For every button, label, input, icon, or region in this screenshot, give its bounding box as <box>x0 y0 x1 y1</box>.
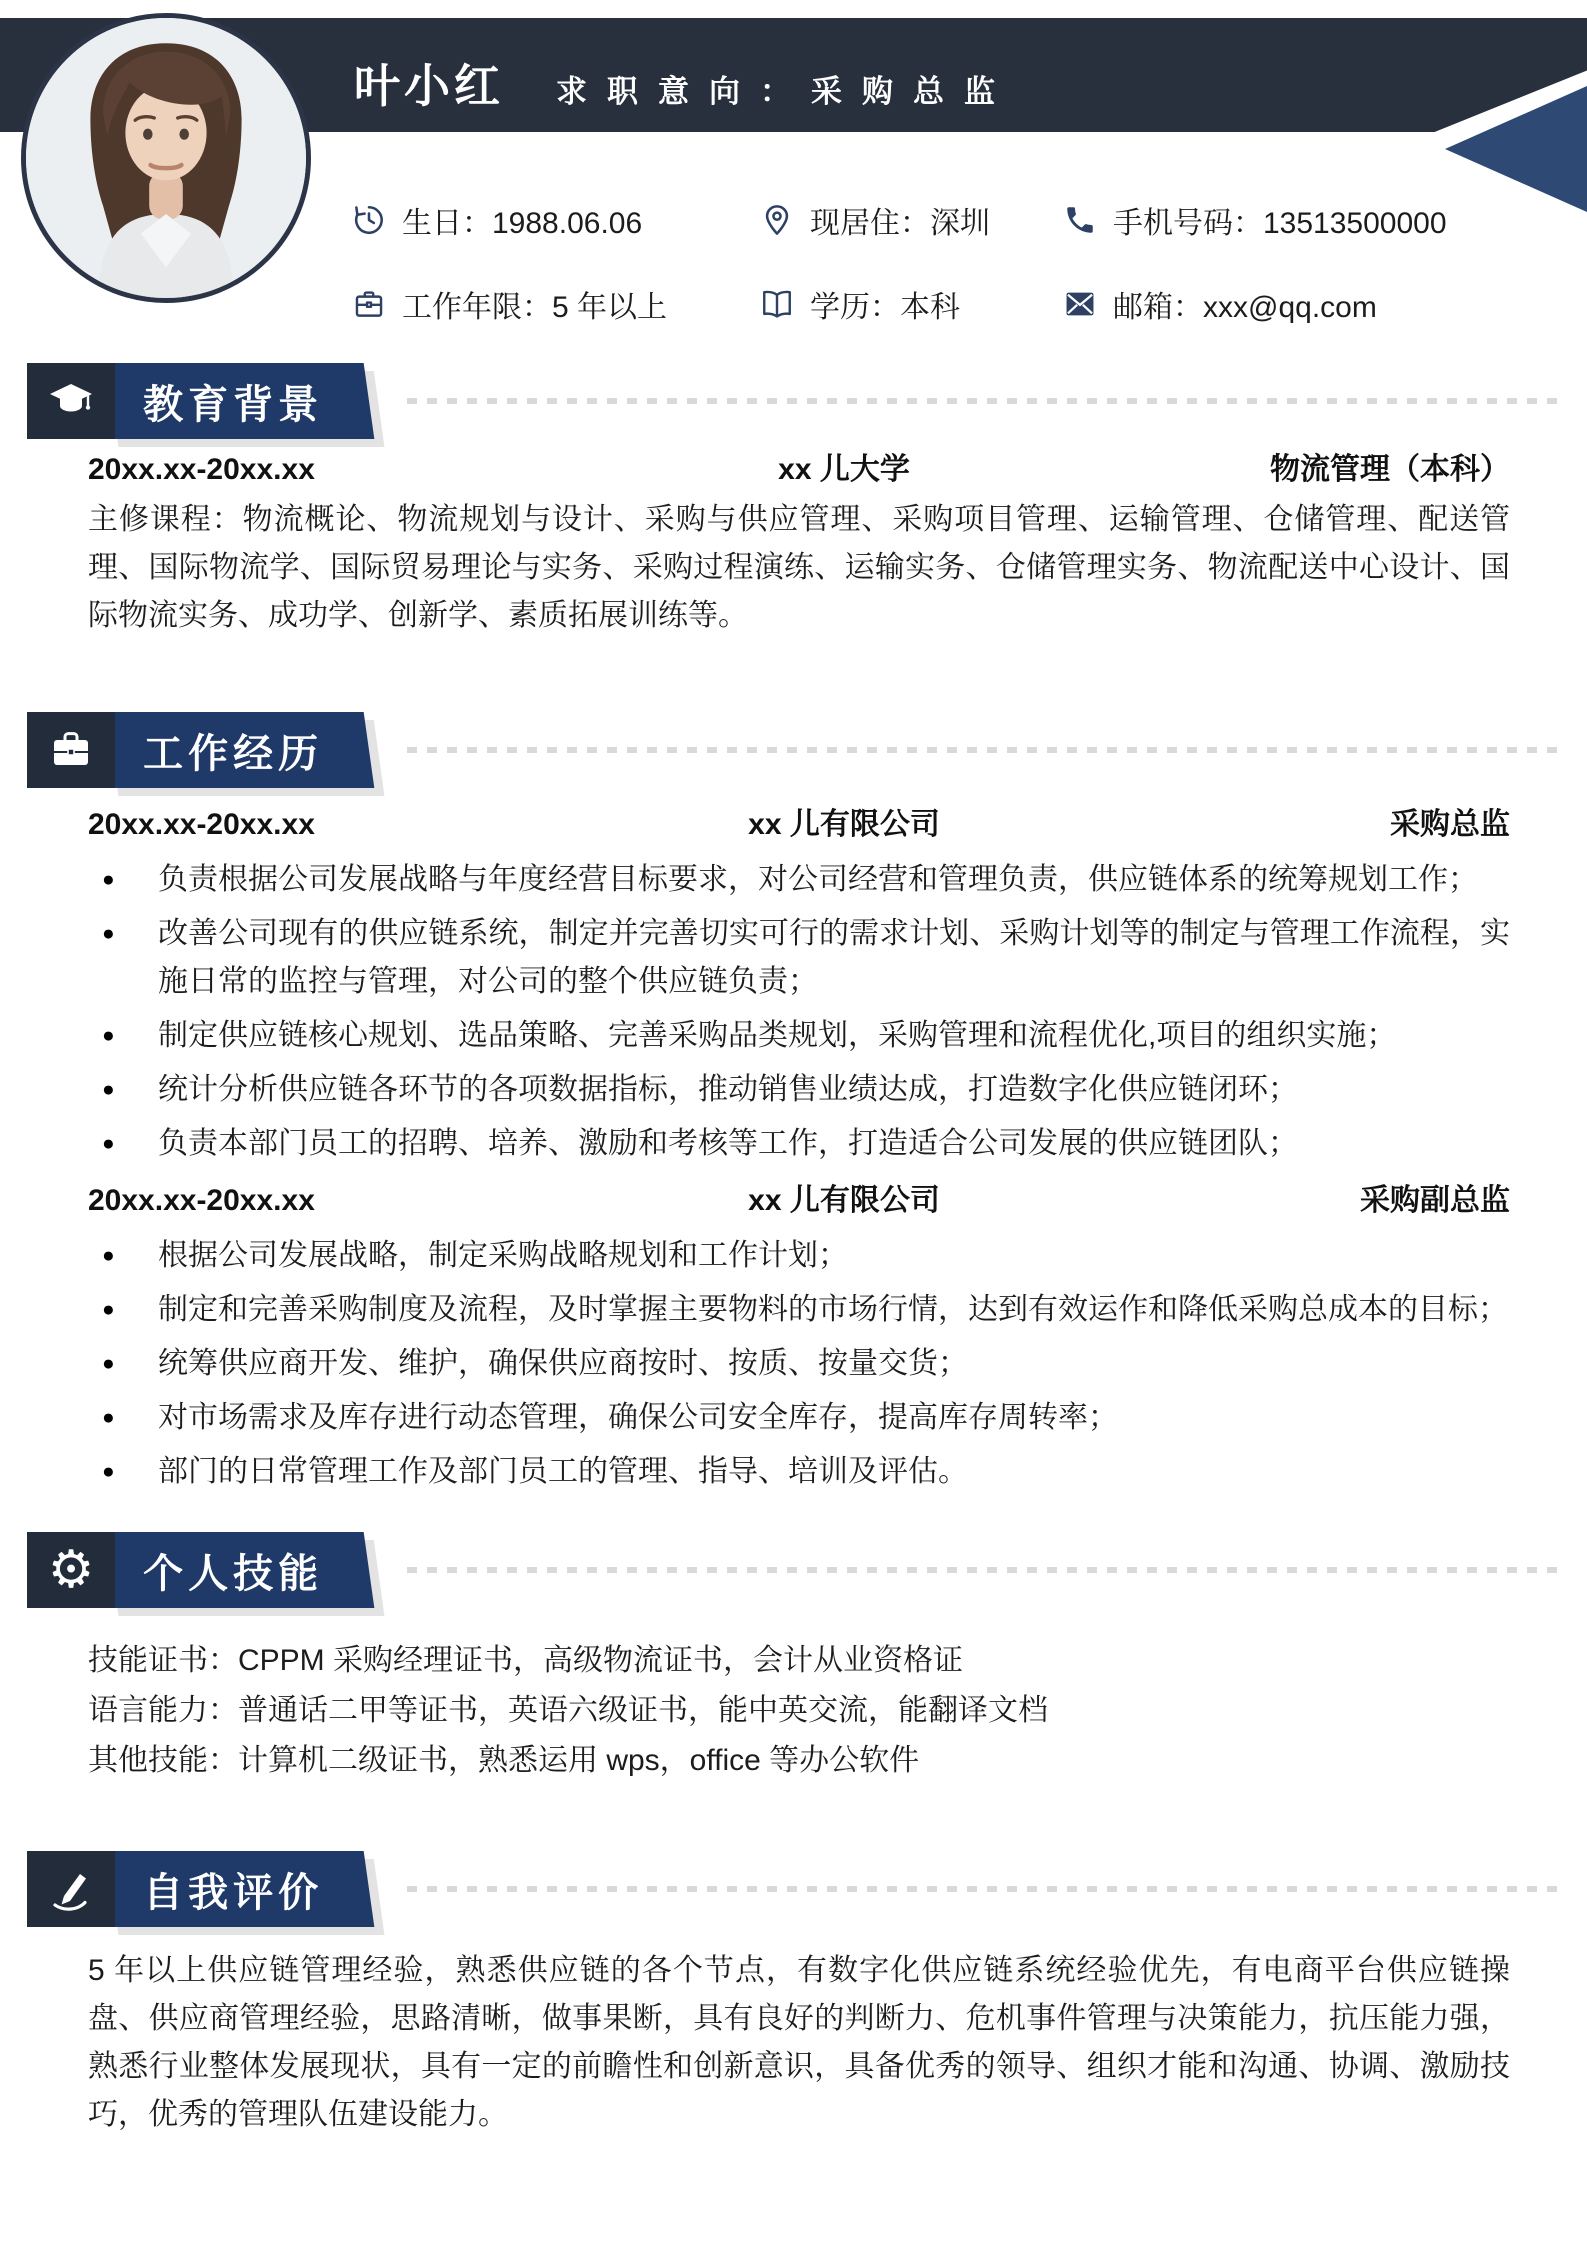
work-header: 工作经历 <box>27 712 1560 788</box>
contact-info-grid: 生日：1988.06.06 现居住：深圳 手机号码：13513500000 <box>352 178 1447 346</box>
job-bullet-list: 负责根据公司发展战略与年度经营目标要求，对公司经营和管理负责，供应链体系的统筹规… <box>88 856 1510 1168</box>
bullet-item: 根据公司发展战略，制定采购战略规划和工作计划； <box>88 1232 1510 1280</box>
section-education: 教育背景 20xx.xx-20xx.xx xx 儿大学 物流管理（本科） 主修课… <box>0 363 1587 640</box>
name-row: 叶小红 求职意向：采购总监 <box>354 50 1015 116</box>
info-text: 现居住：深圳 <box>810 198 990 242</box>
work-title-banner: 工作经历 <box>98 712 375 788</box>
avatar <box>21 13 311 303</box>
bullet-item: 负责根据公司发展战略与年度经营目标要求，对公司经营和管理负责，供应链体系的统筹规… <box>88 856 1510 904</box>
info-text: 学历：本科 <box>810 282 960 326</box>
job-company: xx 儿有限公司 <box>518 1180 1170 1222</box>
education-courses: 主修课程：物流概论、物流规划与设计、采购与供应管理、采购项目管理、运输管理、仓储… <box>88 496 1510 640</box>
dashed-divider <box>407 398 1560 404</box>
skills-header: ⚙ 个人技能 <box>27 1532 1560 1608</box>
info-location: 现居住：深圳 <box>760 198 1063 242</box>
education-meta-row: 20xx.xx-20xx.xx xx 儿大学 物流管理（本科） <box>88 449 1510 491</box>
job-intent: 求职意向：采购总监 <box>556 66 1015 111</box>
bullet-item: 改善公司现有的供应链系统，制定并完善切实可行的需求计划、采购计划等的制定与管理工… <box>88 910 1510 1006</box>
candidate-name: 叶小红 <box>354 50 504 116</box>
briefcase-icon <box>352 287 386 321</box>
job-role: 采购总监 <box>1170 804 1510 846</box>
info-education: 学历：本科 <box>760 282 1063 326</box>
info-birthday: 生日：1988.06.06 <box>352 198 760 242</box>
education-major: 物流管理（本科） <box>1170 449 1510 491</box>
job-meta-row: 20xx.xx-20xx.xx xx 儿有限公司 采购总监 <box>88 804 1510 846</box>
briefcase-section-icon <box>27 712 115 788</box>
job-date: 20xx.xx-20xx.xx <box>88 1180 518 1222</box>
job-company: xx 儿有限公司 <box>518 804 1170 846</box>
dashed-divider <box>407 747 1560 753</box>
graduation-cap-icon <box>27 363 115 439</box>
info-text: 生日：1988.06.06 <box>402 198 642 242</box>
education-school: xx 儿大学 <box>518 449 1170 491</box>
section-title: 个人技能 <box>143 1542 323 1599</box>
resume-page: { "header": { "name": "叶小红", "job_intent… <box>0 0 1587 2245</box>
bullet-item: 对市场需求及库存进行动态管理，确保公司安全库存，提高库存周转率； <box>88 1394 1510 1442</box>
dashed-divider <box>407 1567 1560 1573</box>
clock-icon <box>352 203 386 237</box>
education-header: 教育背景 <box>27 363 1560 439</box>
info-email: 邮箱：xxx@qq.com <box>1063 282 1447 326</box>
info-text: 手机号码：13513500000 <box>1113 198 1447 242</box>
dashed-divider <box>407 1886 1560 1892</box>
pen-icon <box>27 1851 115 1927</box>
section-title: 自我评价 <box>143 1861 323 1918</box>
bullet-item: 制定和完善采购制度及流程，及时掌握主要物料的市场行情，达到有效运作和降低采购总成… <box>88 1286 1510 1334</box>
bullet-item: 制定供应链核心规划、选品策略、完善采购品类规划，采购管理和流程优化,项目的组织实… <box>88 1012 1510 1060</box>
education-date: 20xx.xx-20xx.xx <box>88 449 518 491</box>
info-text: 工作年限：5 年以上 <box>402 282 667 326</box>
section-title: 教育背景 <box>143 373 323 430</box>
location-pin-icon <box>760 203 794 237</box>
bullet-item: 部门的日常管理工作及部门员工的管理、指导、培训及评估。 <box>88 1448 1510 1496</box>
skill-line: 其他技能：计算机二级证书，熟悉运用 wps，office 等办公软件 <box>88 1736 1510 1786</box>
job-date: 20xx.xx-20xx.xx <box>88 804 518 846</box>
section-title: 工作经历 <box>143 722 323 779</box>
skills-title-banner: 个人技能 <box>98 1532 375 1608</box>
phone-icon <box>1063 203 1097 237</box>
skill-line: 语言能力：普通话二甲等证书，英语六级证书，能中英交流，能翻译文档 <box>88 1686 1510 1736</box>
job-bullet-list: 根据公司发展战略，制定采购战略规划和工作计划； 制定和完善采购制度及流程，及时掌… <box>88 1232 1510 1496</box>
skill-line: 技能证书：CPPM 采购经理证书，高级物流证书，会计从业资格证 <box>88 1636 1510 1686</box>
section-work: 工作经历 20xx.xx-20xx.xx xx 儿有限公司 采购总监 负责根据公… <box>0 712 1587 1496</box>
job-meta-row: 20xx.xx-20xx.xx xx 儿有限公司 采购副总监 <box>88 1180 1510 1222</box>
resume-header: 叶小红 求职意向：采购总监 生日：1988.06.06 现居住：深圳 <box>0 0 1587 350</box>
book-icon <box>760 287 794 321</box>
education-title-banner: 教育背景 <box>98 363 375 439</box>
mail-icon <box>1063 287 1097 321</box>
section-skills: ⚙ 个人技能 技能证书：CPPM 采购经理证书，高级物流证书，会计从业资格证 语… <box>0 1532 1587 1786</box>
bullet-item: 负责本部门员工的招聘、培养、激励和考核等工作，打造适合公司发展的供应链团队； <box>88 1120 1510 1168</box>
info-phone: 手机号码：13513500000 <box>1063 198 1447 242</box>
summary-text: 5 年以上供应链管理经验，熟悉供应链的各个节点，有数字化供应链系统经验优先，有电… <box>88 1947 1510 2139</box>
info-experience: 工作年限：5 年以上 <box>352 282 760 326</box>
summary-title-banner: 自我评价 <box>98 1851 375 1927</box>
bullet-item: 统筹供应商开发、维护，确保供应商按时、按质、按量交货； <box>88 1340 1510 1388</box>
bullet-item: 统计分析供应链各环节的各项数据指标，推动销售业绩达成，打造数字化供应链闭环； <box>88 1066 1510 1114</box>
summary-header: 自我评价 <box>27 1851 1560 1927</box>
job-role: 采购副总监 <box>1170 1180 1510 1222</box>
avatar-illustration <box>26 18 306 298</box>
section-summary: 自我评价 5 年以上供应链管理经验，熟悉供应链的各个节点，有数字化供应链系统经验… <box>0 1851 1587 2139</box>
info-text: 邮箱：xxx@qq.com <box>1113 282 1377 326</box>
gear-icon: ⚙ <box>27 1532 115 1608</box>
